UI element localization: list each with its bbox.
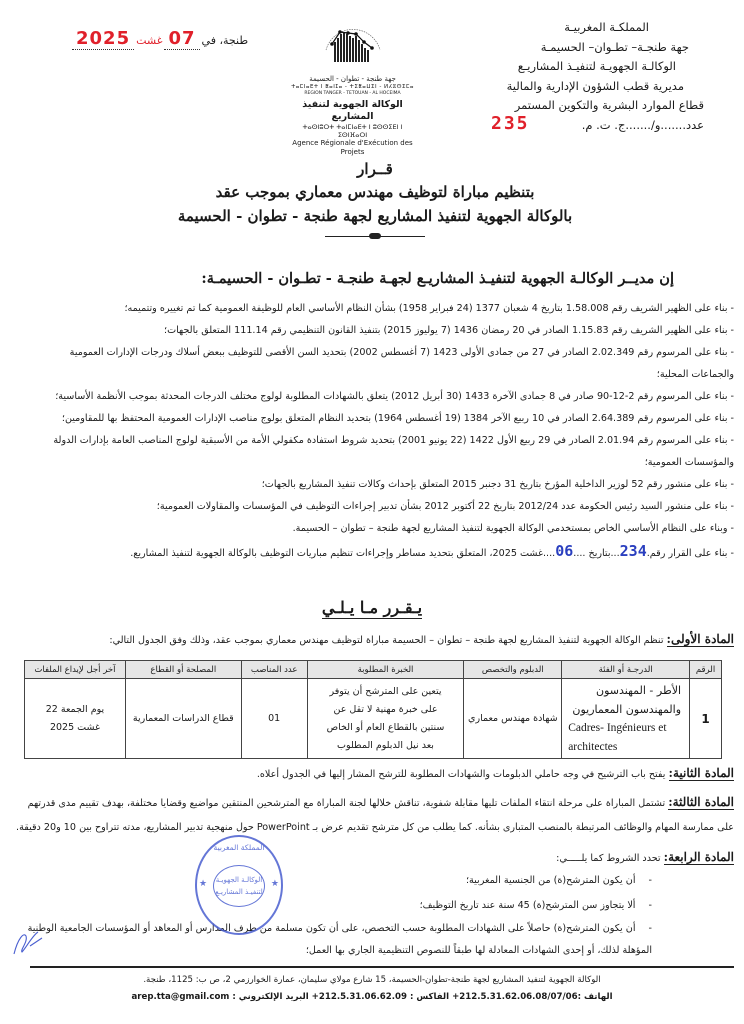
- title-subject: بتنظيم مباراة لتوظيف مهندس معماري بموجب …: [150, 180, 600, 204]
- article-1: المادة الأولى: تنظم الوكالة الجهوية لتنف…: [20, 628, 734, 652]
- date-month: غشت: [136, 34, 162, 47]
- cell-department: قطاع الدراسات المعمارية: [125, 679, 241, 759]
- article-1-label: المادة الأولى:: [667, 632, 734, 647]
- decision-document: طنجة، في 07 غشت 2025 جهة طنجة - تطوان - …: [0, 0, 744, 1024]
- col-deadline: آخر أجل لإيداع الملفات: [25, 661, 126, 679]
- star-icon: ★: [199, 879, 207, 889]
- handwritten-decision-day: 06: [555, 542, 573, 560]
- stamp-inner: الوكالـة الجهويـة لتنفيـذ المشاريـع: [213, 865, 265, 907]
- reference-label: عدد.......و/.......ج. ت. م.: [582, 118, 704, 132]
- cell-diploma: شهادة مهندس معماري: [464, 679, 562, 759]
- stamp-top-text: المملكة المغربية: [197, 843, 281, 852]
- preamble-item: - بناء على الظهير الشريف رقم 1.58.008 بت…: [30, 298, 734, 320]
- condition-item: أن يكون المترشح(ة) من الجنسية المغربية؛: [24, 868, 652, 893]
- footer-divider: [30, 966, 734, 968]
- preamble-last-middle: ...بتاريخ ....: [573, 548, 619, 559]
- preamble-last-suffix: ....غشت 2025، المتعلق بتحديد مساطر وإجرا…: [130, 548, 555, 559]
- letterhead: المملكـة المغربيـة جهة طنجـة– تطـوان– ال…: [489, 18, 704, 135]
- table-row: 1 الأطر - المهندسون والمهندسون المعماريو…: [25, 679, 722, 759]
- col-department: المصلحة أو القطاع: [125, 661, 241, 679]
- footer: الوكالة الجهوية لتنفيذ المشاريع لجهة طنج…: [20, 972, 724, 1006]
- col-diploma: الدبلوم والتخصص: [464, 661, 562, 679]
- preamble-item: - بناء على المرسوم رقم 2.64.389 الصادر ف…: [30, 408, 734, 430]
- footer-contact: الهاتف :212.5.31.62.06.08/07/06+ الفاكس …: [20, 989, 724, 1006]
- logo-agency-tifinagh: ⵜⴰⵙⵏⵓⵔⵜ ⵜⴰⵏⵎⵏⴰⴹⵜ ⵏ ⵓⵙⵙⵉⴹⵏ ⵏ ⵉⵙⵏⴼⴰⵔⵏ: [290, 123, 415, 139]
- logo-agency-ar: الوكالة الجهوية لتنفيذ المشاريع: [290, 99, 415, 123]
- logo-region-fr: REGION TANGER - TETOUAN - AL HOCEIMA: [290, 91, 415, 97]
- article-2-label: المادة الثانية:: [669, 766, 734, 781]
- preamble-item: - وبناء على النظام الأساسي الخاص بمستخدم…: [30, 518, 734, 540]
- letterhead-directorate: مديرية قطب الشؤون الإدارية والمالية: [489, 77, 704, 97]
- grade-ar-line-2: والمهندسون المعماريون: [562, 700, 681, 719]
- decides-text: يـقـرر مـا يـلـي: [322, 598, 422, 619]
- grade-ar-line-1: الأطر - المهندسون: [562, 681, 681, 700]
- cell-experience: يتعين على المترشح أن يتوفر على خبرة مهني…: [307, 679, 464, 759]
- cell-deadline: يوم الجمعة 22 غشت 2025: [25, 679, 126, 759]
- preamble-list: - بناء على الظهير الشريف رقم 1.58.008 بت…: [30, 298, 734, 565]
- date-year: 2025: [72, 28, 134, 50]
- col-experience: الخبرة المطلوبة: [307, 661, 464, 679]
- preamble-item-last: - بناء على القرار رقم.234...بتاريخ ....0…: [30, 540, 734, 565]
- positions-table: الرقم الدرجـة أو الفئة الدبلوم والتخصص ا…: [24, 660, 722, 759]
- condition-item: أن يكون المترشح(ة) حاصلاً على الشهادات ا…: [24, 918, 652, 962]
- stamp-inner-line-1: الوكالـة الجهويـة: [214, 874, 264, 886]
- article-1-text: تنظم الوكالة الجهوية لتنفيذ المشاريع لجه…: [109, 635, 666, 646]
- col-positions: عدد المناصب: [241, 661, 307, 679]
- signature-initial-icon: [8, 928, 48, 958]
- decides-heading: يـقـرر مـا يـلـي: [0, 598, 744, 617]
- article-4-label: المادة الرابعة:: [664, 850, 734, 865]
- article-2: المادة الثانية: يفتح باب الترشيح في وجه …: [20, 762, 734, 786]
- grade-fr: Cadres- Ingénieurs et architectes: [562, 719, 681, 757]
- date-day: 07: [164, 28, 199, 50]
- condition-item: ألا يتجاوز سن المترشح(ة) 45 سنة عند تاري…: [24, 893, 652, 918]
- title-agency: بالوكالة الجهوية لتنفيذ المشاريع لجهة طن…: [150, 204, 600, 228]
- preamble-item: - بناء على المرسوم رقم 2-12-90 صادر في 8…: [30, 386, 734, 408]
- letterhead-agency: الوكالـة الجهويـة لتنفيـذ المشاريـع: [489, 57, 704, 77]
- reference-number: عدد.......و/.......ج. ت. م. 235: [489, 116, 704, 136]
- logo-agency-fr: Agence Régionale d'Exécution des Projets: [290, 139, 415, 157]
- article-3: المادة الثالثة: تشتمل المباراة على مرحلة…: [14, 790, 734, 840]
- letterhead-region: جهة طنجـة– تطـوان– الحسيمـة: [489, 38, 704, 58]
- title-divider: [325, 236, 425, 237]
- stamp-inner-line-2: لتنفيـذ المشاريـع: [214, 886, 264, 898]
- star-icon: ★: [271, 879, 279, 889]
- preamble-item: - بناء على المرسوم رقم 2.01.94 الصادر في…: [30, 430, 734, 474]
- reference-stamp-number: 235: [491, 114, 530, 134]
- preamble-item: - بناء على المرسوم رقم 2.02.349 الصادر ف…: [30, 342, 734, 386]
- region-map-icon: [318, 20, 388, 75]
- article-4-text: تحدد الشروط كما يلـــــي:: [556, 853, 663, 864]
- intro-heading: إن مديــر الوكالـة الجهوية لتنفيـذ المشا…: [201, 270, 674, 287]
- date-line: طنجة، في 07 غشت 2025: [72, 28, 248, 50]
- table-header-row: الرقم الدرجـة أو الفئة الدبلوم والتخصص ا…: [25, 661, 722, 679]
- title-decision: قــرار: [150, 158, 600, 180]
- logo-region-ar: جهة طنجة - تطوان - الحسيمة: [290, 75, 415, 84]
- date-label: طنجة، في: [202, 34, 249, 47]
- col-grade: الدرجـة أو الفئة: [562, 661, 690, 679]
- footer-address: الوكالة الجهوية لتنفيذ المشاريع لجهة طنج…: [20, 972, 724, 989]
- preamble-last-prefix: - بناء على القرار رقم.: [647, 548, 734, 559]
- letterhead-kingdom: المملكـة المغربيـة: [489, 18, 704, 38]
- cell-positions: 01: [241, 679, 307, 759]
- document-title: قــرار بتنظيم مباراة لتوظيف مهندس معماري…: [150, 158, 600, 237]
- cell-number: 1: [690, 679, 722, 759]
- preamble-item: - بناء على منشور السيد رئيس الحكومة عدد …: [30, 496, 734, 518]
- article-4: المادة الرابعة: تحدد الشروط كما يلـــــي…: [300, 846, 734, 870]
- preamble-item: - بناء على منشور رقم 52 لوزير الداخلية ا…: [30, 474, 734, 496]
- cell-grade: الأطر - المهندسون والمهندسون المعماريون …: [562, 679, 690, 759]
- handwritten-decision-number: 234: [620, 542, 647, 560]
- col-number: الرقم: [690, 661, 722, 679]
- article-2-text: يفتح باب الترشيح في وجه حاملي الدبلومات …: [257, 769, 669, 780]
- agency-logo: جهة طنجة - تطوان - الحسيمة ⵜⴰⵎⵏⴰⴹⵜ ⵏ ⵟⴰⵏ…: [290, 20, 415, 140]
- logo-region-tifinagh: ⵜⴰⵎⵏⴰⴹⵜ ⵏ ⵟⴰⵏⵊⴰ - ⵜⵉⵟⴰⵡⵉⵏ - ⵍⵃⵓⵙⵉⵎⴰ: [290, 84, 415, 91]
- official-stamp: المملكة المغربية ★ ★ الوكالـة الجهويـة ل…: [195, 835, 283, 935]
- article-3-label: المادة الثالثة:: [668, 795, 734, 810]
- preamble-item: - بناء على الظهير الشريف رقم 1.15.83 الص…: [30, 320, 734, 342]
- conditions-list: أن يكون المترشح(ة) من الجنسية المغربية؛ …: [24, 868, 652, 962]
- article-3-text: تشتمل المباراة على مرحلة انتقاء الملفات …: [16, 798, 734, 833]
